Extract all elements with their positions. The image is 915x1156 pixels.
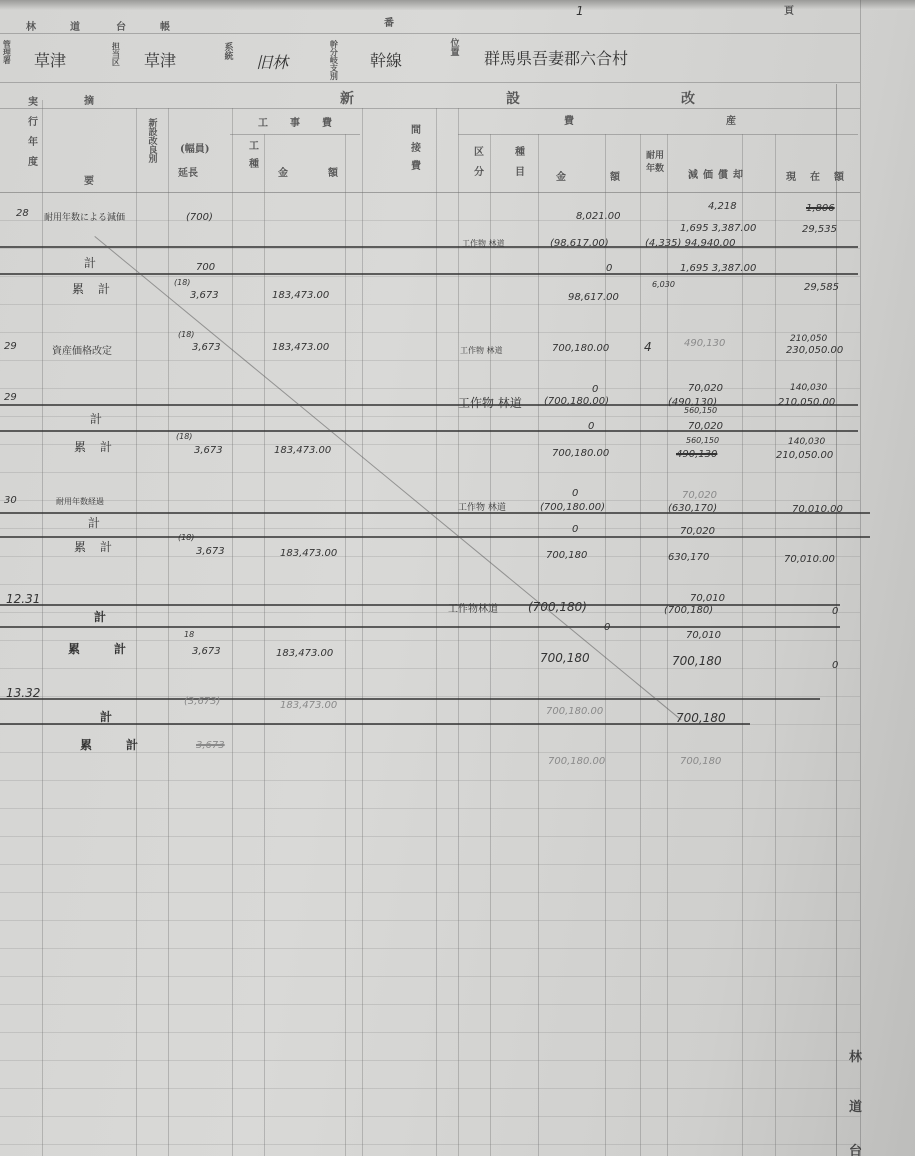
subtotal-label: 計	[84, 254, 96, 271]
subtotal-label: 計	[94, 608, 106, 625]
entry-summary: 資産価格改定	[52, 342, 112, 357]
subtotal-label: 計	[90, 410, 102, 427]
office-label: 管理署	[3, 40, 11, 64]
line-label: 系統	[222, 42, 231, 60]
cum-width: (18)	[178, 533, 194, 542]
asset-amount-top: 8,021.00	[576, 211, 621, 222]
depr-under: 560,150	[684, 406, 717, 415]
col-work-type: 工種	[246, 140, 257, 176]
depreciation: (630,170)	[668, 503, 717, 514]
scan-edge	[0, 0, 915, 10]
depreciation: (700,180)	[664, 605, 713, 616]
cum-current: 210,050.00	[776, 450, 833, 461]
entry-width: (700)	[186, 212, 213, 223]
depr-top: 70,020	[688, 383, 723, 394]
location-label: 位置	[448, 38, 457, 56]
cum-current: 70,010.00	[784, 554, 835, 565]
depr-mid: 1,695 3,387.00	[680, 223, 756, 234]
asset-amount: (98,617.00)	[550, 238, 609, 249]
cum-asset: 700,180	[540, 651, 590, 665]
col-category: 区分	[471, 146, 482, 186]
subtotal-depr: 1,695 3,387.00	[680, 263, 756, 274]
cum-cost: 183,473.00	[274, 445, 331, 456]
asset-amount: (700,180.00)	[540, 502, 605, 513]
faint-cost: 183,473.00	[280, 700, 337, 711]
entry-cost: 183,473.00	[272, 342, 329, 353]
cum-asset: 700,180	[546, 550, 587, 561]
cumulative-label: 累計	[74, 438, 126, 455]
current-value: 210,050.00	[778, 397, 835, 408]
current-top: 210,050	[790, 334, 827, 344]
depreciation: 490,130	[684, 338, 725, 349]
entry-length: 3,673	[192, 342, 221, 353]
cum-depreciation: 630,170	[668, 552, 709, 563]
side-label-char: 林	[849, 1046, 862, 1065]
form-title-char: 台	[116, 18, 126, 33]
subtotal-label: 計	[100, 708, 112, 725]
asset-amount-top: 0	[592, 384, 598, 395]
col-asset: 産	[726, 112, 736, 127]
current-value: 0	[832, 606, 838, 617]
col-depreciation: 減価償却	[688, 166, 748, 181]
cum-asset: 98,617.00	[568, 292, 619, 303]
subtotal-width: 700	[196, 262, 215, 273]
side-label-char: 台	[849, 1140, 862, 1156]
side-label-char: 道	[849, 1096, 862, 1115]
cum-cost: 183,473.00	[276, 648, 333, 659]
cumulative-label: 累計	[74, 538, 126, 555]
group-kai: 改	[681, 88, 695, 108]
cum-current-top: 140,030	[788, 437, 825, 447]
entry-summary: 耐用年数経過	[56, 496, 104, 507]
subtotal-asset: 0	[588, 421, 594, 432]
cumulative-label: 累計	[80, 736, 172, 753]
category: 工作物林道	[448, 600, 498, 615]
cum-width: (18)	[176, 432, 192, 441]
cum-depr-top: 6,030	[652, 280, 675, 289]
col-item: 種目	[512, 146, 523, 186]
current-top: 140,030	[790, 383, 827, 393]
col-summary-2: 要	[84, 172, 94, 187]
category: 工作物 林道	[458, 500, 506, 513]
col-amount: 金額	[278, 164, 378, 179]
asset-amount-top: 0	[572, 488, 578, 499]
entry-year: 12.31	[6, 592, 40, 606]
category: 工作物 林道	[460, 345, 503, 356]
depr-top: 4,218	[708, 201, 737, 212]
col-summary-1: 摘	[84, 92, 94, 107]
ledger-sheet: 林 道 台 帳 番 1 頁 管理署 草津 担当区 草津 系統 旧林 幹分岐支別 …	[0, 0, 915, 1156]
faint-asset: 700,180.00	[546, 706, 603, 717]
faint-cum-depr: 700,180	[680, 756, 721, 767]
faint-cum-asset: 700,180.00	[548, 756, 605, 767]
current-mid: 29,535	[802, 224, 837, 235]
cum-current: 0	[832, 660, 838, 671]
current-value: 230,050.00	[786, 345, 843, 356]
depr-bottom: (4,335) 94,940.00	[645, 238, 736, 249]
page-label: 頁	[784, 2, 794, 17]
cumulative-label: 累計	[72, 280, 124, 297]
form-title-char: 林	[26, 18, 36, 33]
group-set: 設	[506, 88, 520, 108]
office-value: 草津	[34, 48, 66, 71]
entry-year: 28	[16, 208, 29, 219]
cum-width: 18	[184, 630, 194, 639]
cum-depreciation: 700,180	[672, 654, 722, 668]
location-value: 群馬県吾妻郡六合村	[484, 46, 628, 69]
cum-length: 3,673	[190, 290, 219, 301]
asset-amount: 700,180.00	[552, 343, 609, 354]
col-current-value: 現在額	[786, 168, 858, 183]
subtotal-depr: 70,010	[686, 630, 721, 641]
entry-year: 29	[4, 392, 17, 403]
cum-length: 3,673	[196, 546, 225, 557]
branch-label: 幹分岐支別	[330, 40, 338, 80]
cum-current: 29,585	[804, 282, 839, 293]
current-value: 70,010.00	[792, 504, 843, 515]
line-value: 旧林	[256, 50, 288, 73]
subtotal-asset: 0	[606, 263, 612, 274]
asset-amount: (700,180.00)	[544, 396, 609, 407]
col-extension: 延長	[178, 164, 198, 179]
depr-top: 70,020	[682, 490, 717, 501]
district-value: 草津	[144, 48, 176, 71]
subtotal-label: 計	[88, 514, 100, 531]
cum-width: (18)	[174, 278, 190, 287]
category: 工作物 林道	[462, 238, 505, 249]
faint-length: (3,673)	[184, 696, 220, 707]
entry-year: 13.32	[6, 686, 40, 700]
entry-width: (18)	[178, 330, 194, 339]
subtotal-depr: 70,020	[680, 526, 715, 537]
cum-asset: 700,180.00	[552, 448, 609, 459]
sheet-no-label: 番	[384, 14, 394, 29]
asset-amount: (700,180)	[528, 600, 587, 614]
subtotal-depr: 70,020	[688, 421, 723, 432]
current-top: 1,806	[806, 203, 835, 214]
entry-year: 30	[4, 495, 17, 506]
service-life: 4	[644, 340, 652, 354]
entry-year: 29	[4, 341, 17, 352]
category: 工作物 林道	[458, 394, 522, 411]
cumulative-label: 累計	[68, 640, 160, 657]
group-new: 新	[340, 88, 354, 108]
col-cost: 費	[564, 112, 574, 127]
branch-value: 幹線	[370, 48, 402, 71]
district-label: 担当区	[112, 42, 120, 66]
col-width: (幅員)	[180, 140, 209, 155]
cum-cost: 183,473.00	[280, 548, 337, 559]
ledger-grid	[0, 192, 860, 1156]
cum-depreciation: 490,130	[676, 449, 717, 460]
col-indirect-cost: 間接費	[408, 124, 419, 178]
cum-depr-top: 560,150	[686, 436, 719, 445]
col-new-improve: 新設改良別	[146, 118, 155, 163]
cum-length: 3,673	[192, 646, 221, 657]
sheet-no-value: 1	[576, 4, 584, 18]
depr-top: 70,010	[690, 593, 725, 604]
subtotal-asset: 0	[604, 622, 610, 633]
cum-length-struck: 3,673	[196, 740, 225, 751]
subtotal-asset: 0	[572, 524, 578, 535]
col-exec-year: 実行年度	[25, 96, 36, 186]
depreciation: 700,180	[676, 711, 726, 725]
col-construction-cost: 工事費	[258, 114, 354, 129]
form-title-char: 道	[70, 18, 80, 33]
cum-length: 3,673	[194, 445, 223, 456]
form-title-char: 帳	[160, 18, 170, 33]
cum-cost: 183,473.00	[272, 290, 329, 301]
entry-summary: 耐用年数による減価	[44, 210, 125, 223]
